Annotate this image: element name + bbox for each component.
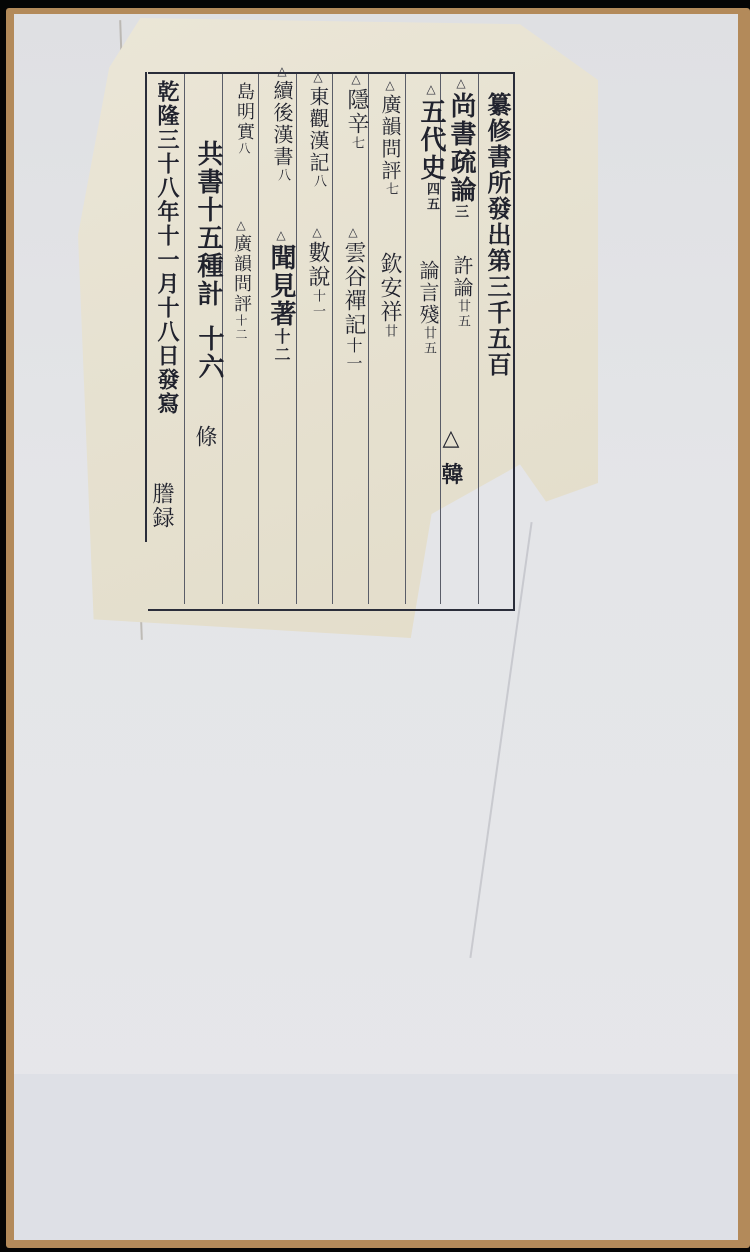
entry-title: △數說十一: [306, 225, 328, 319]
entry-title: 欽安祥廿: [378, 252, 400, 339]
total-line: 共書十五種計: [195, 140, 221, 308]
slip-header-tail: 𠆧: [485, 448, 503, 468]
entry-title: △五代史四五: [418, 82, 444, 212]
printed-border-left: [145, 72, 147, 542]
entry-title: 論言殘廿五: [418, 260, 438, 356]
entry-title: △廣韻問評十二: [232, 218, 250, 342]
entry-title: △雲谷禪記十一: [342, 225, 364, 373]
date-line: 乾隆三十八年十一月十八日發寫: [155, 80, 177, 416]
column-rule: [296, 74, 297, 604]
total-count: 十六: [196, 325, 222, 381]
copyist-label: 謄録: [150, 482, 172, 530]
column-rule: [405, 74, 406, 604]
entry-title: 島明實八: [235, 82, 253, 156]
entry-title: △續後漢書八: [272, 64, 292, 183]
entry-title: △隱辛七: [345, 72, 367, 151]
slip-header: 纂修書所發出第三千五百: [485, 92, 509, 378]
entry-title: 許論廿五: [452, 255, 472, 329]
column-rule: [184, 74, 185, 604]
column-rule: [332, 74, 333, 604]
total-unit: 條: [193, 425, 215, 449]
column-rule: [478, 74, 479, 604]
column-rule: [258, 74, 259, 604]
bottom-mark: △ 韓: [440, 425, 462, 487]
entry-title: △尚書疏論三: [448, 76, 474, 220]
entry-title: △東觀漢記八: [308, 70, 328, 189]
entry-title: △聞見著十二: [268, 228, 294, 364]
column-rule: [368, 74, 369, 604]
entry-title: △廣韻問評七: [380, 78, 400, 197]
